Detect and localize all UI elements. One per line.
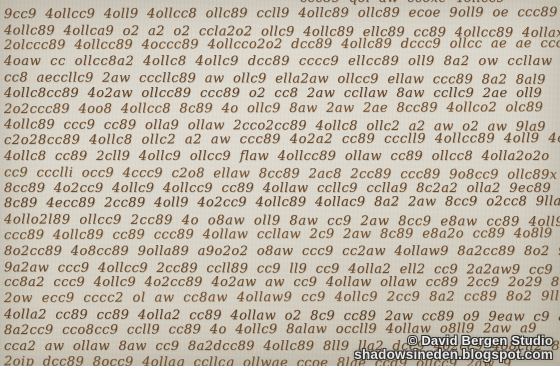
manuscript-text-block: ccc89 qol aw ccoxe 4ollcc99cc9 4ollcc9 4… bbox=[4, 0, 560, 366]
manuscript-line: 2oip dcc89 8occ9 4ollag ccllcg ollwae cc… bbox=[4, 355, 560, 366]
manuscript-line: 9cc9 4ollcc9 4oll9 4ollcc8 ollc89 ccll9 … bbox=[4, 5, 560, 23]
manuscript-line: 8a2cc9 cco8cc9 ccll9 cc89 4o 4ollc9 8ala… bbox=[4, 321, 560, 339]
manuscript-line: 8c89 4ecc89 2cc89 4oll9 4o2cc9 4ollc89 4… bbox=[4, 194, 560, 212]
manuscript-line: 4oaw cc ollcc8a2 4ollc8 4ollc9 dcc89 ccc… bbox=[4, 54, 560, 70]
manuscript-line: 9a2aw ccc9 4ollcc9 2cc89 ccll89 cc9 ll9 … bbox=[4, 260, 560, 278]
manuscript-page: ccc89 qol aw ccoxe 4ollcc99cc9 4ollcc9 4… bbox=[0, 0, 560, 366]
manuscript-line: cc8 aeccllc9 2aw cccllc89 aw ollc9 ella2… bbox=[4, 70, 560, 88]
manuscript-line: 2ow ecc9 cccc2 ol aw cc8aw 4ollaw9 cc9 4… bbox=[4, 289, 560, 307]
manuscript-line: 2o2ccc89 4oo8 4ollcc8 8c89 4o ollc9 8aw … bbox=[4, 100, 560, 118]
manuscript-line: 4ollc8 cc89 2cll9 4ollc9 ollcc9 flaw 4ol… bbox=[4, 149, 560, 165]
manuscript-line: cc9 ccclli occ9 4ccc9 c2o8 ellaw 8cc89 2… bbox=[4, 165, 560, 183]
manuscript-line: 8o2cc89 4o8cc89 9olla89 a9o2o2 o8aw ccc9… bbox=[4, 244, 560, 260]
manuscript-line: cca2 aw ollaw 8aw cc9 8a2dcc89 4ollc89 8… bbox=[4, 339, 560, 355]
manuscript-line: c2o28cc89 4ollc8 ollc2 a2 aw ccc89 4o2a2… bbox=[4, 131, 560, 149]
manuscript-line: 2olccc89 4ollcc89 4occc89 4ollcco2o2 dcc… bbox=[4, 36, 560, 54]
manuscript-line: ccc89 4ollc89 cc89 ccc89 4ollaw ccllaw 2… bbox=[4, 226, 560, 244]
